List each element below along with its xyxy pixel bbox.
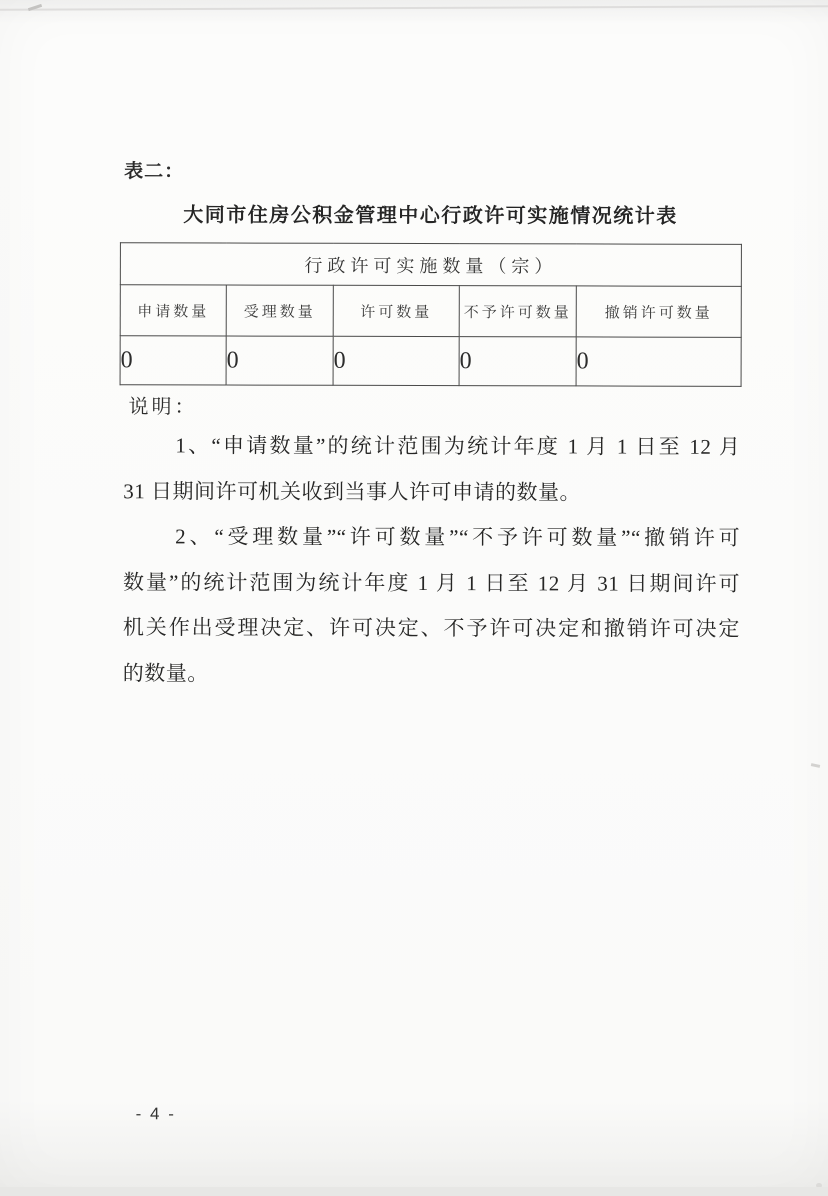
table-label: 表二： (124, 156, 184, 183)
column-header-denial-count: 不予许可数量 (459, 286, 576, 337)
column-header-permit-count: 许可数量 (333, 285, 459, 336)
note-line-6: 的数量。 (123, 651, 740, 698)
note-line-1: 1、“申请数量”的统计范围为统计年度 1 月 1 日至 12 月 (123, 423, 740, 470)
scanned-document-page: 表二： 大同市住房公积金管理中心行政许可实施情况统计表 行政许可实施数量（宗） … (0, 0, 828, 1196)
page-content: 表二： 大同市住房公积金管理中心行政许可实施情况统计表 行政许可实施数量（宗） … (0, 0, 828, 1196)
page-number: - 4 - (136, 1104, 176, 1124)
value-permit-count: 0 (333, 336, 459, 385)
note-line-2: 31 日期间许可机关收到当事人许可申请的数量。 (123, 469, 740, 516)
column-header-revocation-count: 撤销许可数量 (576, 286, 741, 337)
table-span-header-row: 行政许可实施数量（宗） (120, 243, 741, 287)
notes-section: 1、“申请数量”的统计范围为统计年度 1 月 1 日至 12 月 31 日期间许… (123, 423, 741, 698)
table-column-header-row: 申请数量 受理数量 许可数量 不予许可数量 撤销许可数量 (120, 285, 741, 338)
note-line-5: 机关作出受理决定、许可决定、不予许可决定和撤销许可决定 (123, 605, 740, 652)
value-application-count: 0 (120, 336, 226, 385)
table-span-header: 行政许可实施数量（宗） (120, 243, 741, 287)
value-denial-count: 0 (459, 337, 576, 386)
value-revocation-count: 0 (576, 337, 741, 386)
column-header-acceptance-count: 受理数量 (226, 285, 333, 336)
note-line-3: 2、“受理数量”“许可数量”“不予许可数量”“撤销许可 (123, 514, 740, 561)
table-values-row: 0 0 0 0 0 (120, 336, 741, 387)
column-header-application-count: 申请数量 (120, 285, 226, 336)
note-line-4: 数量”的统计范围为统计年度 1 月 1 日至 12 月 31 日期间许可 (123, 560, 740, 607)
notes-heading: 说明： (128, 390, 197, 419)
value-acceptance-count: 0 (226, 336, 333, 385)
document-title: 大同市住房公积金管理中心行政许可实施情况统计表 (120, 198, 741, 229)
statistics-table: 行政许可实施数量（宗） 申请数量 受理数量 许可数量 不予许可数量 撤销许可数量… (120, 242, 742, 387)
